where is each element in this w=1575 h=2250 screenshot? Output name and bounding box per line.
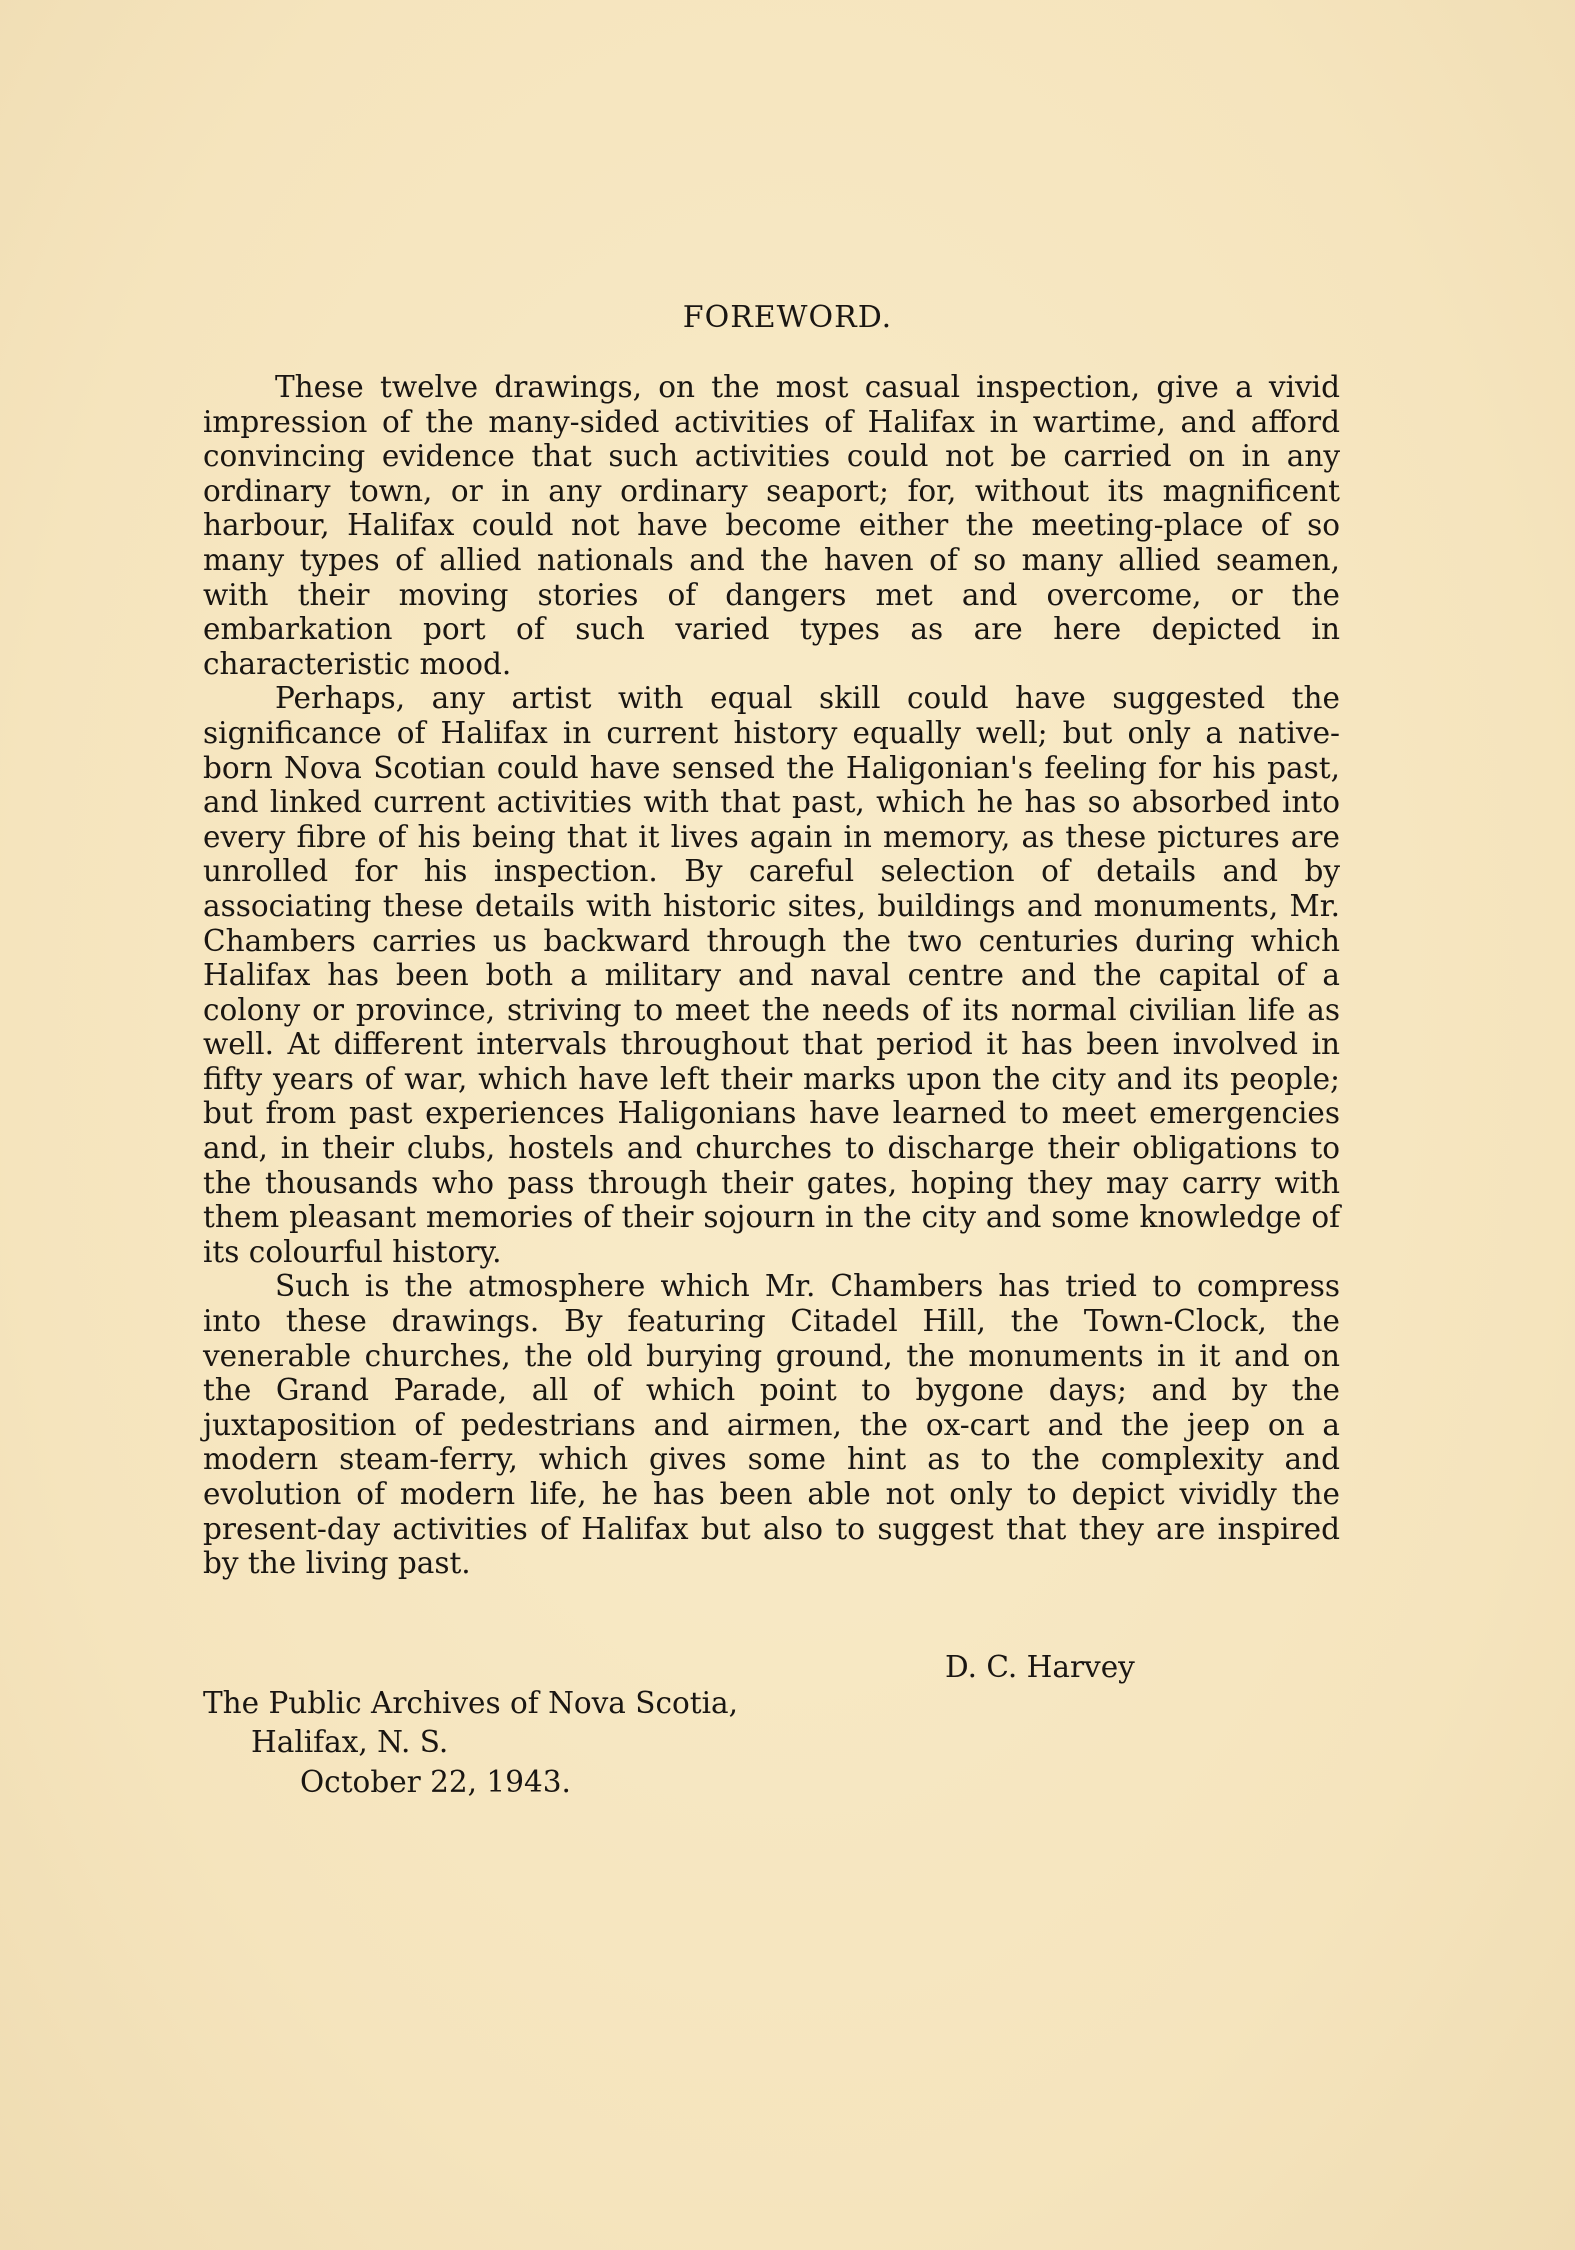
foreword-body: These twelve drawings, on the most casua… — [203, 370, 1340, 1581]
paragraph: Such is the atmosphere which Mr. Chamber… — [203, 1269, 1340, 1580]
paragraph: Perhaps, any artist with equal skill cou… — [203, 681, 1340, 1269]
address-date: October 22, 1943. — [300, 1765, 571, 1799]
author-signature: D. C. Harvey — [945, 1650, 1135, 1684]
address-institution: The Public Archives of Nova Scotia, — [203, 1686, 738, 1720]
address-city: Halifax, N. S. — [251, 1725, 448, 1759]
page-title: FOREWORD. — [0, 300, 1575, 335]
paragraph: These twelve drawings, on the most casua… — [203, 370, 1340, 681]
document-page: FOREWORD. These twelve drawings, on the … — [0, 0, 1575, 2250]
